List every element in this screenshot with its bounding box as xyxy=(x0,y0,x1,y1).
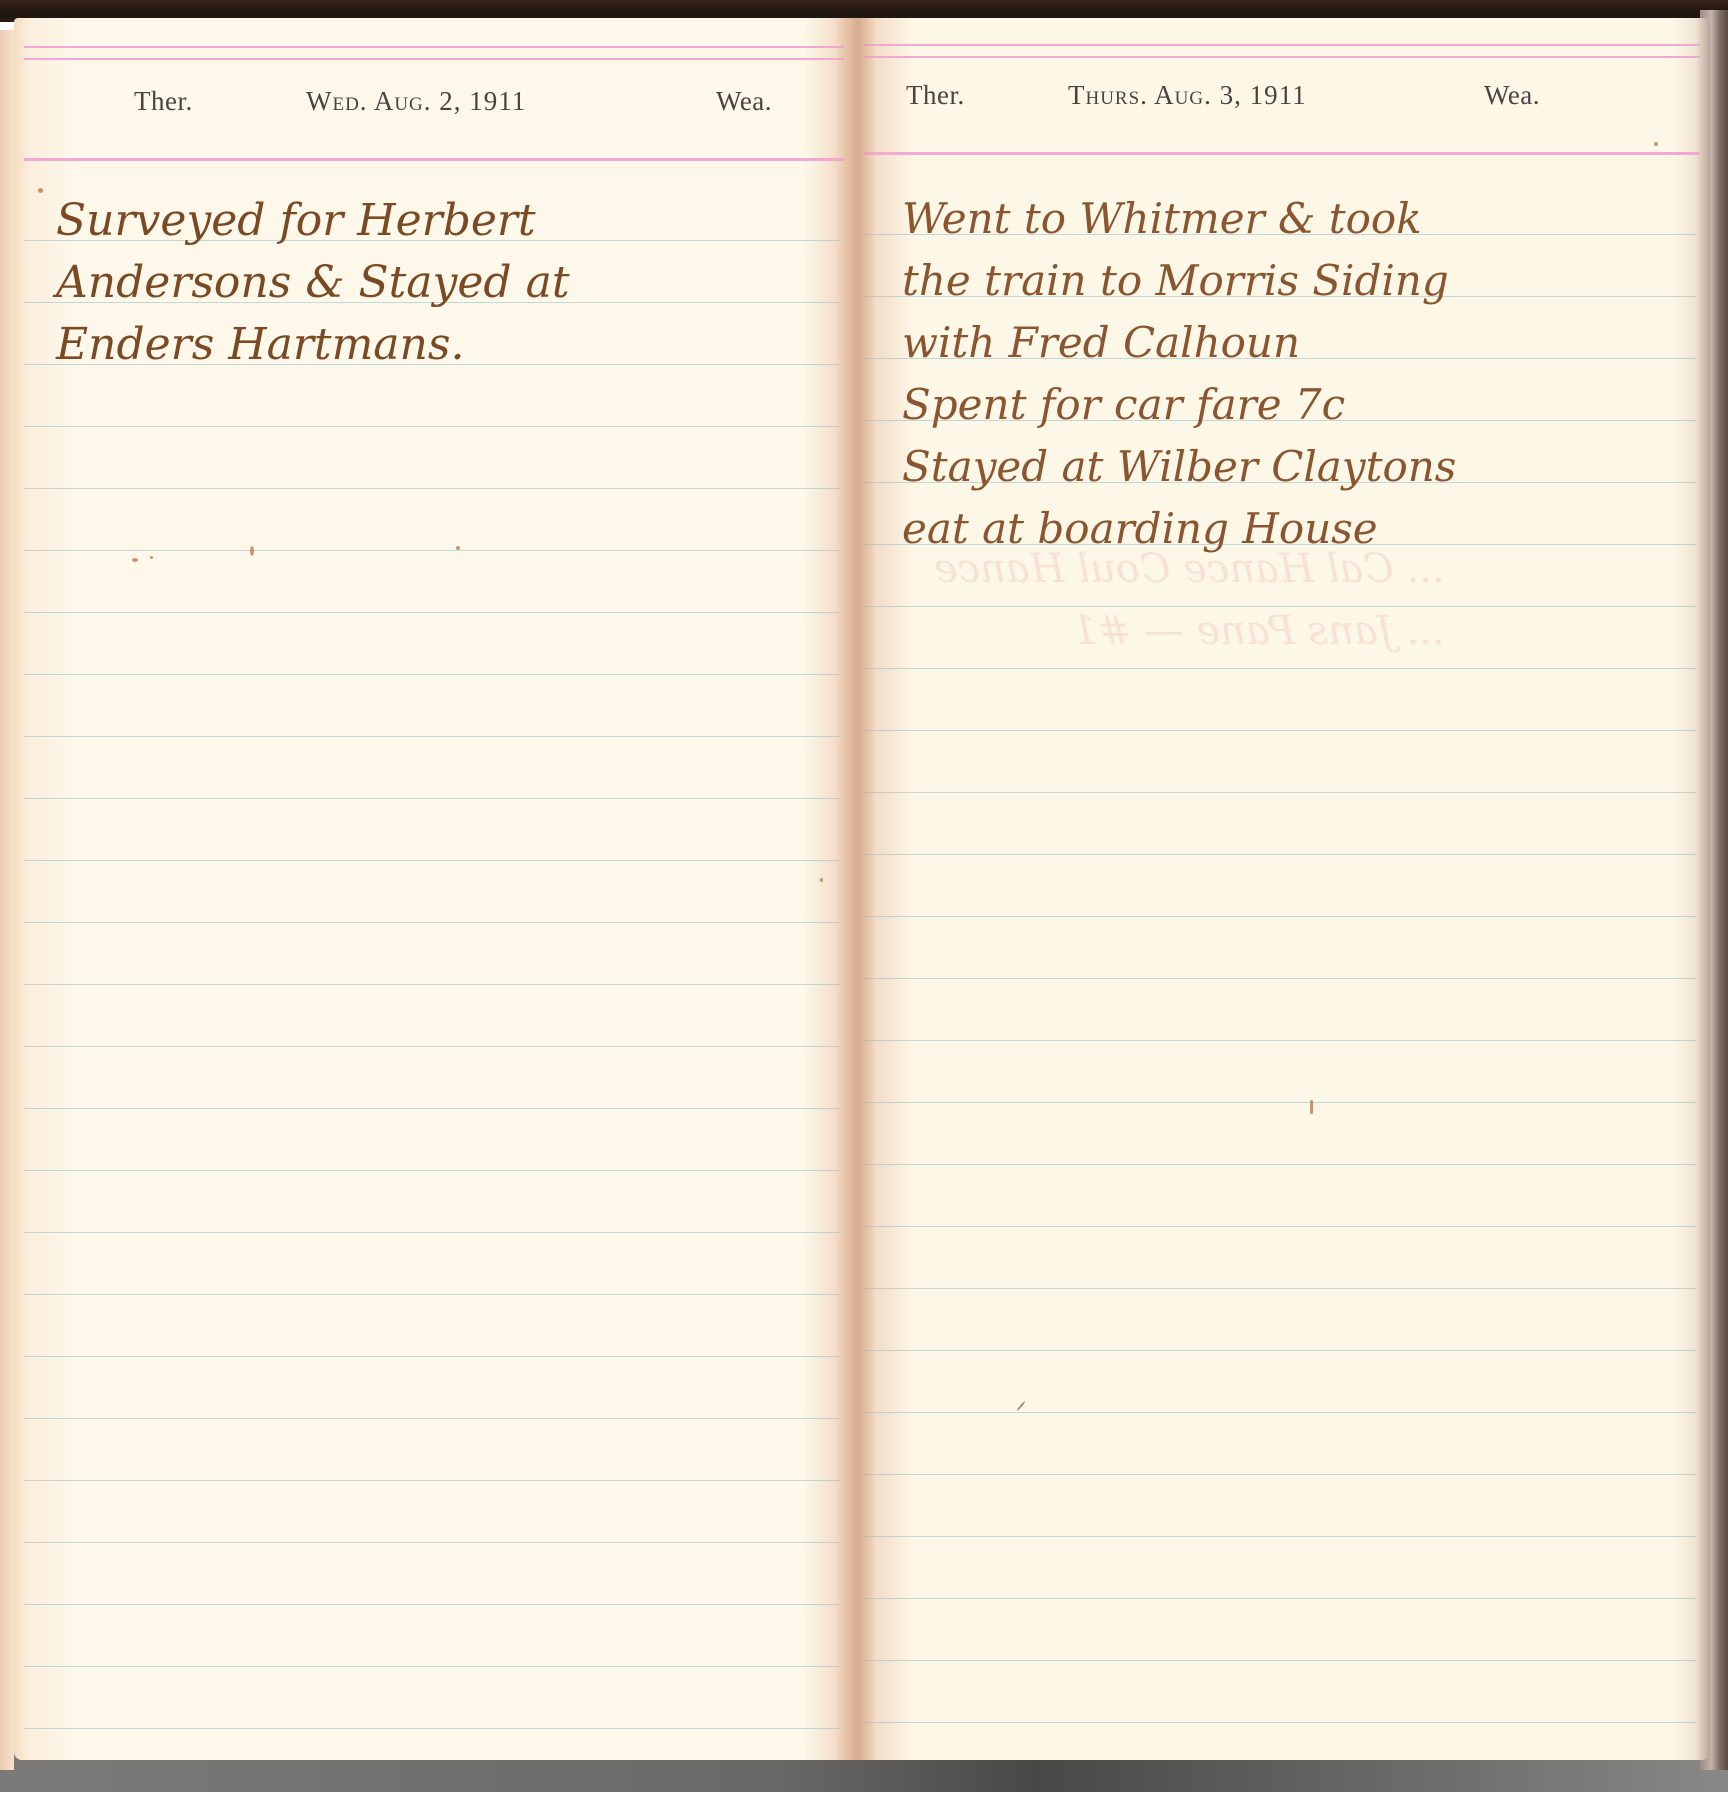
foxing-speck xyxy=(456,546,460,550)
left-page: Ther. Wed. Aug. 2, 1911 Wea. xyxy=(14,18,854,1760)
ruled-line xyxy=(24,1604,840,1605)
ruled-line xyxy=(24,736,840,737)
ruled-line xyxy=(24,1232,840,1233)
ruled-line xyxy=(24,1108,840,1109)
wea-label: Wea. xyxy=(716,86,772,117)
ruled-line xyxy=(24,984,840,985)
page-stack-edge-left xyxy=(0,30,14,1770)
bleed-line: ... Jans Pane — #1 xyxy=(934,600,1445,662)
entry-line: eat at boarding House xyxy=(902,498,1680,560)
ther-label: Ther. xyxy=(906,80,965,111)
ruled-line xyxy=(864,1164,1696,1165)
ruled-line xyxy=(864,1040,1696,1041)
wea-label: Wea. xyxy=(1484,80,1540,111)
ruled-line xyxy=(24,612,840,613)
entry-line: Surveyed for Herbert xyxy=(56,190,824,252)
ruled-line xyxy=(24,922,840,923)
right-page-header: Ther. Thurs. Aug. 3, 1911 Wea. xyxy=(854,80,1710,120)
entry-line: Went to Whitmer & took xyxy=(902,188,1680,250)
right-page-entry: Went to Whitmer & took the train to Morr… xyxy=(902,188,1680,560)
ruled-line xyxy=(24,550,840,551)
diary-book: Ther. Wed. Aug. 2, 1911 Wea. xyxy=(0,0,1728,1790)
foxing-speck xyxy=(1310,1100,1313,1114)
ruled-line xyxy=(864,1102,1696,1103)
ruled-line xyxy=(864,1350,1696,1351)
foxing-speck xyxy=(1654,142,1658,146)
ruled-line xyxy=(864,792,1696,793)
left-page-entry: Surveyed for Herbert Andersons & Stayed … xyxy=(56,190,824,376)
entry-line: Enders Hartmans. xyxy=(56,314,824,376)
header-bottom-rule xyxy=(24,158,844,161)
entry-line: Andersons & Stayed at xyxy=(56,252,824,314)
ruled-line xyxy=(864,1660,1696,1661)
ruled-line xyxy=(24,860,840,861)
pen-mark xyxy=(1016,1401,1025,1411)
page-date: Wed. Aug. 2, 1911 xyxy=(306,86,526,117)
ther-label: Ther. xyxy=(134,86,193,117)
ruled-line xyxy=(864,916,1696,917)
ruled-line xyxy=(864,1722,1696,1723)
page-date: Thurs. Aug. 3, 1911 xyxy=(1068,80,1307,111)
ruled-line xyxy=(24,1542,840,1543)
ruled-line xyxy=(864,978,1696,979)
ruled-line xyxy=(24,426,840,427)
header-bottom-rule xyxy=(864,152,1700,155)
entry-line: Spent for car fare 7c xyxy=(902,374,1680,436)
right-page: Ther. Thurs. Aug. 3, 1911 Wea. ... Cal H xyxy=(854,18,1710,1760)
ruled-line xyxy=(864,1598,1696,1599)
foxing-speck xyxy=(38,188,43,193)
left-page-header: Ther. Wed. Aug. 2, 1911 Wea. xyxy=(14,86,854,126)
entry-line: Stayed at Wilber Claytons xyxy=(902,436,1680,498)
foxing-speck xyxy=(150,556,153,559)
header-top-rule xyxy=(24,46,844,60)
ruled-line xyxy=(24,488,840,489)
ruled-line xyxy=(864,1288,1696,1289)
foxing-speck xyxy=(250,546,254,556)
foxing-speck xyxy=(820,878,823,882)
ruled-line xyxy=(864,668,1696,669)
entry-line: the train to Morris Siding xyxy=(902,250,1680,312)
ruled-line xyxy=(24,1480,840,1481)
ruled-line xyxy=(864,1536,1696,1537)
ruled-line xyxy=(24,1170,840,1171)
ruled-line xyxy=(24,1046,840,1047)
ruled-line xyxy=(24,1728,840,1729)
ruled-line xyxy=(864,1474,1696,1475)
ruled-line xyxy=(864,1226,1696,1227)
ruled-line xyxy=(24,674,840,675)
ruled-line xyxy=(864,1412,1696,1413)
ruled-line xyxy=(24,1294,840,1295)
ruled-line xyxy=(24,1666,840,1667)
ruled-line xyxy=(24,1356,840,1357)
ruled-line xyxy=(864,730,1696,731)
header-top-rule xyxy=(864,44,1700,58)
ruled-line xyxy=(864,606,1696,607)
ruled-line xyxy=(24,1418,840,1419)
ruled-line xyxy=(864,854,1696,855)
ruled-line xyxy=(24,798,840,799)
entry-line: with Fred Calhoun xyxy=(902,312,1680,374)
foxing-speck xyxy=(132,558,138,562)
